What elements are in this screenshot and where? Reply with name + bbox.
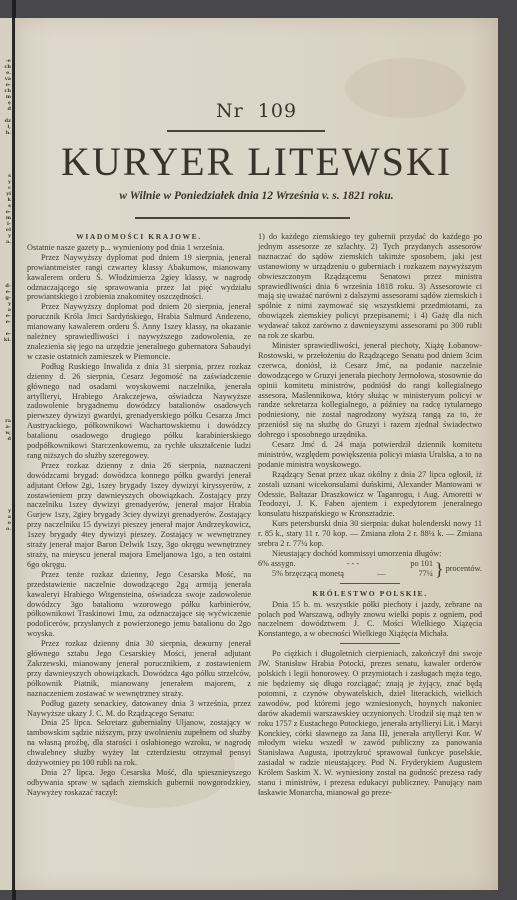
- section-separator: [340, 643, 400, 644]
- article-paragraph: Po ciężkich i długoletnich cierpieniach,…: [258, 649, 482, 798]
- debt-notice-intro: Nieustający dochód kommissyi umorzenia d…: [258, 549, 482, 559]
- article-paragraph: Przez rozkaz dzienny z dnia 26 sierpnia,…: [27, 461, 251, 570]
- previous-page-text-fragments-2: s y c yi k s o- m i- el y a.: [6, 173, 11, 245]
- article-paragraph: Podług Ruskiego Inwalida z dnia 31 sierp…: [27, 362, 251, 461]
- article-paragraph: Podług gazety senackiey, datowaney dnia …: [27, 699, 251, 719]
- debt-row: 6% assygn. - - - po 101: [258, 559, 433, 569]
- article-paragraph: Przez rozkaz dzienny dnia 30 sierpnia, d…: [27, 639, 251, 698]
- issue-label: Nr: [216, 100, 244, 122]
- article-paragraph: Cesarz Jmć d. 24 maja potwierdził dzienn…: [258, 440, 482, 470]
- article-paragraph: Dnia 27 lipca. Jego Cesarska Mość, dla s…: [27, 768, 251, 798]
- article-paragraph: Rządzący Senat przez ukaz okólny z dnia …: [258, 470, 482, 520]
- article-paragraph: Dnia 15 b. m. wszystkie półki piechoty i…: [258, 600, 482, 640]
- article-paragraph: 1) do każdego ziemskiego tey gubernii pr…: [258, 232, 482, 341]
- article-paragraph: Minister sprawiedliwości, jenerał piecho…: [258, 341, 482, 440]
- article-paragraph: Przez Naywyższy doplomat pod dniem 20 si…: [27, 302, 251, 361]
- issue-number: Nr 109: [15, 100, 498, 122]
- article-paragraph: Ostatnie nasze gazety p... wymieniony po…: [27, 243, 251, 253]
- masthead-bottom-rule: [135, 217, 350, 219]
- debt-row-dashes: —: [377, 569, 385, 579]
- issue-underline-rule: [167, 130, 325, 132]
- section-heading-kingdom: KRÓLESTWO POLSKIE.: [258, 589, 482, 599]
- previous-page-text-fragments-5: y a o o.: [6, 508, 11, 532]
- debt-notice-suffix: procentów.: [446, 564, 482, 574]
- debt-row: 5% brzęczącą monetą — 77¼: [258, 569, 433, 579]
- previous-page-text-fragments-3: d- e- g- y a e- e- e- ki.: [4, 283, 11, 343]
- debt-row-value: 77¼: [419, 569, 433, 579]
- previous-page-edge: -e ch e. va o- ch m ę d dz l, h. s y c y…: [0, 18, 14, 890]
- previous-page-text-fragments-4: ra a- w, d: [5, 418, 11, 442]
- article-paragraph: Dnia 25 lipca. Sekretarz gubernialny Ulj…: [27, 718, 251, 768]
- section-separator: [340, 583, 400, 584]
- debt-row-dashes: - - -: [347, 559, 359, 569]
- newspaper-title: KURYER LITEWSKI: [15, 140, 498, 184]
- issue-number-value: 109: [258, 100, 297, 122]
- debt-row-value: po 101: [410, 559, 433, 569]
- debt-row-label: 6% assygn.: [258, 559, 296, 569]
- newspaper-page: Nr 109 KURYER LITEWSKI w Wilnie w Ponied…: [15, 18, 498, 890]
- article-paragraph: Przez tenże rozkaz dzienny, Jego Cesarsk…: [27, 570, 251, 639]
- dateline: w Wilnie w Poniedziałek dnia 12 Września…: [15, 190, 498, 202]
- left-column: WIADOMOŚCI KRAJOWE. Ostatnie nasze gazet…: [27, 232, 251, 798]
- debt-notice-table: 6% assygn. - - - po 101 5% brzęczącą mon…: [258, 559, 482, 579]
- brace-glyph: }: [435, 560, 444, 578]
- section-heading-domestic: WIADOMOŚCI KRAJOWE.: [27, 232, 251, 242]
- article-paragraph: Kurs petersburski dnia 30 sierpnia: duka…: [258, 519, 482, 549]
- article-paragraph: Przez Naywyższy dyplomat pod dniem 19 si…: [27, 253, 251, 303]
- right-column: 1) do każdego ziemskiego tey gubernii pr…: [258, 232, 482, 798]
- previous-page-text-fragments: -e ch e. va o- ch m ę d dz l, h.: [4, 58, 11, 136]
- debt-row-label: 5% brzęczącą monetą: [272, 569, 344, 579]
